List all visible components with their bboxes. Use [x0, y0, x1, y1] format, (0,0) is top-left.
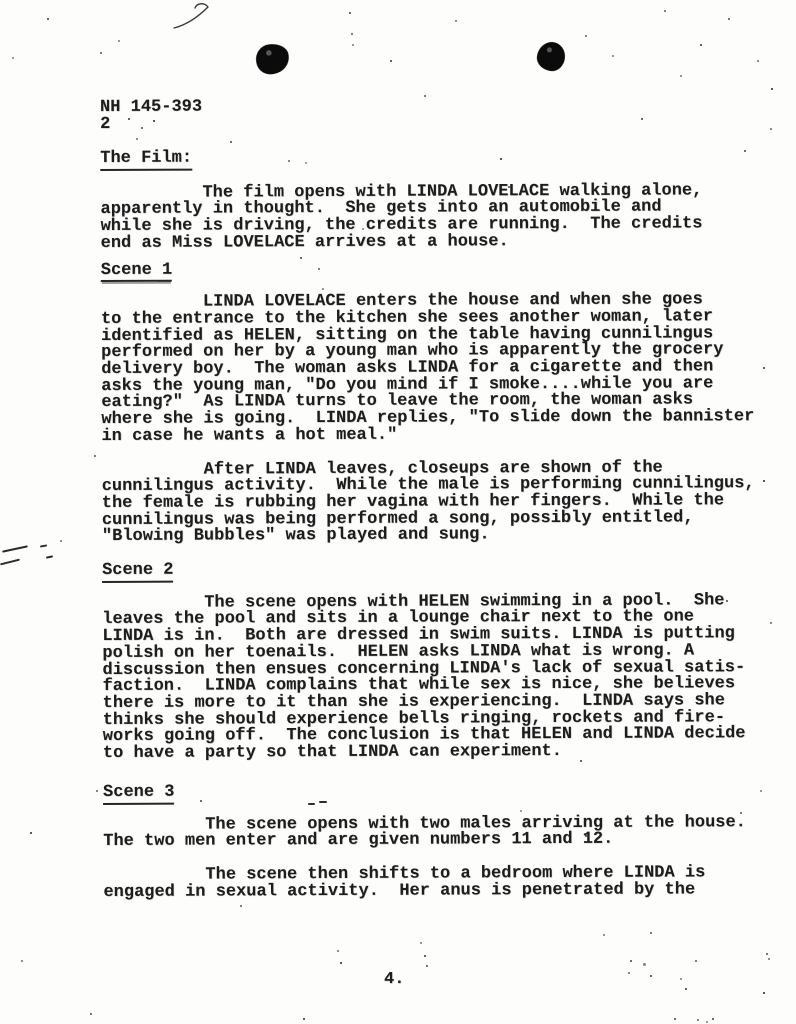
noise-speck — [706, 1021, 708, 1023]
noise-speck — [60, 540, 62, 542]
noise-speck — [508, 186, 510, 188]
pen-dash — [2, 545, 28, 552]
scene-1-paragraph-1: LINDA LOVELACE enters the house and when… — [101, 292, 792, 445]
noise-speck — [680, 75, 682, 77]
intro-paragraph: The film opens with LINDA LOVELACE walki… — [100, 183, 790, 253]
noise-speck — [700, 44, 702, 46]
noise-speck — [424, 955, 426, 957]
noise-speck — [585, 35, 587, 37]
noise-speck — [766, 953, 768, 955]
noise-speck — [420, 942, 422, 944]
noise-speck — [322, 288, 324, 290]
noise-speck — [740, 812, 742, 814]
noise-speck — [603, 934, 605, 936]
noise-speck — [695, 960, 697, 962]
noise-speck — [128, 118, 130, 120]
noise-speck — [650, 975, 652, 977]
noise-speck — [390, 60, 392, 62]
scanned-document-page: NH 145-393 2 The Film: The film opens wi… — [0, 0, 796, 1024]
ink-blob-right — [536, 41, 567, 73]
noise-speck — [12, 57, 14, 59]
noise-speck — [760, 790, 762, 792]
page-number: 4. — [384, 970, 404, 989]
noise-speck — [100, 52, 102, 54]
noise-speck — [700, 702, 702, 704]
noise-speck — [763, 367, 765, 369]
ink-blob-left — [254, 42, 291, 77]
pen-dash — [0, 559, 20, 566]
noise-speck — [641, 118, 643, 120]
noise-speck — [230, 141, 232, 143]
section-heading-the-film: The Film: — [100, 148, 790, 171]
noise-speck — [763, 480, 765, 482]
noise-speck — [118, 40, 120, 42]
scene-1-heading: Scene 1 — [101, 260, 791, 283]
scene-1-heading-text: Scene 1 — [101, 262, 173, 282]
scene-1-paragraph-2: After LINDA leaves, closeups are shown o… — [102, 460, 792, 547]
noise-speck — [650, 932, 652, 934]
scene-3-heading-text: Scene 3 — [103, 784, 175, 804]
noise-speck — [612, 55, 614, 57]
section-heading-text: The Film: — [100, 151, 192, 171]
pen-dash — [46, 555, 53, 558]
noise-speck — [47, 18, 49, 20]
noise-speck — [362, 228, 364, 230]
noise-speck — [351, 33, 353, 35]
noise-speck — [580, 760, 582, 762]
noise-speck — [340, 962, 342, 964]
noise-speck — [726, 600, 728, 602]
scene-3-paragraph-1: The scene opens with two males arriving … — [103, 814, 793, 850]
scene-3-heading: Scene 3 — [103, 782, 793, 805]
noise-speck — [349, 12, 351, 14]
scene-3-paragraph-2: The scene then shifts to a bedroom where… — [103, 865, 793, 901]
noise-speck — [763, 992, 765, 994]
noise-speck — [337, 950, 339, 952]
noise-speck — [685, 988, 687, 990]
noise-speck — [500, 158, 502, 160]
noise-speck — [136, 138, 138, 140]
noise-speck — [770, 128, 772, 130]
scene-2-heading: Scene 2 — [102, 560, 792, 583]
page-header-number: 2 — [100, 114, 790, 134]
noise-speck — [305, 162, 307, 164]
noise-speck — [712, 1018, 714, 1020]
pen-squiggle-mark — [170, 0, 222, 32]
noise-speck — [770, 622, 772, 624]
noise-speck — [771, 88, 773, 90]
noise-speck — [300, 257, 302, 259]
noise-speck — [141, 127, 143, 129]
noise-speck — [744, 150, 746, 152]
noise-speck — [768, 958, 770, 960]
noise-speck — [680, 978, 682, 980]
noise-speck — [455, 20, 457, 22]
noise-speck — [630, 960, 632, 962]
noise-speck — [426, 965, 428, 967]
noise-speck — [318, 268, 320, 270]
noise-speck — [96, 790, 98, 792]
noise-speck — [424, 95, 426, 97]
document-content: NH 145-393 2 The Film: The film opens wi… — [100, 97, 793, 901]
noise-speck — [664, 10, 666, 12]
noise-speck — [585, 835, 587, 837]
scene-2-paragraph-1: The scene opens with HELEN swimming in a… — [102, 593, 793, 763]
noise-speck — [288, 160, 290, 162]
noise-speck — [728, 18, 730, 20]
pen-dash — [40, 544, 47, 547]
noise-speck — [90, 1013, 92, 1015]
noise-speck — [153, 120, 155, 122]
noise-speck — [520, 810, 522, 812]
noise-speck — [628, 972, 630, 974]
noise-speck — [757, 60, 759, 62]
noise-speck — [240, 905, 242, 907]
scene-2-heading-text: Scene 2 — [102, 563, 174, 583]
noise-speck — [674, 1018, 676, 1020]
noise-speck — [697, 1019, 699, 1021]
noise-speck — [30, 832, 32, 834]
noise-speck — [643, 963, 646, 966]
noise-speck — [200, 800, 202, 802]
noise-speck — [303, 1018, 305, 1020]
noise-speck — [352, 44, 354, 46]
noise-speck — [21, 960, 23, 962]
noise-speck — [94, 455, 96, 457]
